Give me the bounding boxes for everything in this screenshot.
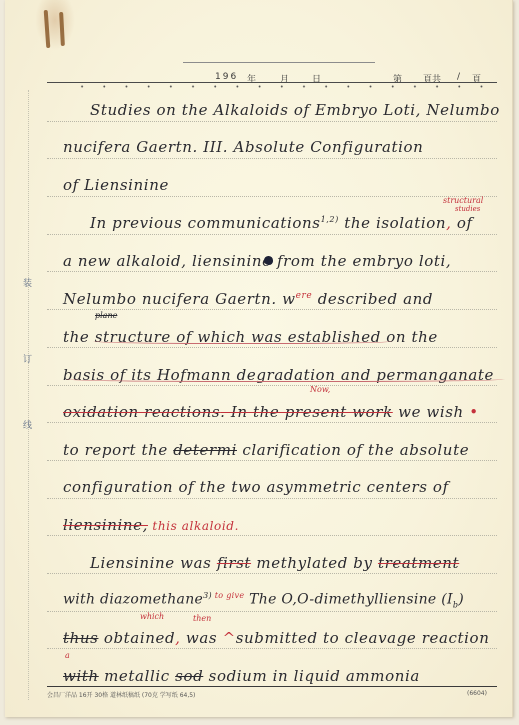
line-text: Nelumbo nucifera Gaertn. w — [63, 290, 296, 308]
body-line-8: configuration of the two asymmetric cent… — [63, 478, 449, 496]
body-line-12: thus obtained, was ^submitted to cleavag… — [63, 629, 489, 647]
footer-form-number: (6604) — [467, 690, 487, 697]
header-ticks — [71, 85, 491, 88]
line-text: oxidation reactions — [63, 403, 220, 421]
margin-note-studies: studies — [455, 205, 480, 213]
struck-text: with — [63, 667, 99, 685]
line-text: submitted to cleavage reaction — [236, 629, 490, 647]
year-prefix: 196 — [215, 72, 238, 82]
ruled-line — [47, 234, 497, 235]
line-text: we wish — [393, 403, 464, 421]
body-line-2: a new alkaloid, liensinine from the embr… — [63, 252, 451, 270]
red-insert-a: a — [65, 651, 70, 660]
line-text: was — [181, 629, 223, 647]
line-text: from the embryo loti, — [272, 252, 452, 270]
struck-text: thus — [63, 629, 98, 647]
line-text: ) — [458, 592, 464, 608]
line-text: metallic — [99, 667, 175, 685]
year-label: 年 — [247, 72, 256, 85]
ruled-line — [47, 309, 497, 310]
month-label: 月 — [280, 72, 289, 85]
struck-text: first — [217, 554, 251, 572]
binding-char-3: 线 — [23, 418, 32, 431]
line-text: methylated by — [251, 554, 378, 572]
red-strike-wave — [93, 337, 393, 344]
body-line-7: to report the determi clarification of t… — [63, 441, 469, 459]
day-label: 日 — [312, 72, 321, 85]
line-text: sodium in liquid ammonia — [203, 667, 420, 685]
citation-superscript: 1,2) — [321, 215, 339, 224]
title-line-3: of Liensinine — [63, 176, 169, 194]
line-text: described and — [312, 290, 433, 308]
line-text: the isolation — [339, 214, 446, 232]
ruled-line — [47, 385, 497, 386]
rust-stain — [35, 0, 75, 50]
ruled-line — [47, 271, 497, 272]
ruled-line — [47, 422, 497, 423]
binding-guide-line — [28, 90, 29, 700]
red-insert: this alkaloid. — [148, 519, 239, 533]
body-line-9: liensinine, this alkaloid. — [63, 516, 239, 534]
binding-char-1: 装 — [23, 276, 32, 289]
footer-rule — [47, 686, 497, 687]
struck-text: sod — [175, 667, 203, 685]
body-line-1: In previous communications1,2) the isola… — [90, 214, 473, 232]
margin-note-structural: structural — [443, 196, 483, 205]
line-text: a new alkaloid, liensinine — [63, 252, 272, 270]
ruled-line — [47, 611, 497, 612]
ruled-line — [47, 535, 497, 536]
red-insert-which: which — [140, 612, 164, 621]
binding-char-2: 订 — [23, 352, 32, 365]
ruled-line — [47, 121, 497, 122]
ruled-line — [47, 573, 497, 574]
struck-text: liensinine, — [63, 516, 148, 534]
page-suffix: 頁 — [472, 72, 481, 85]
ink-blot — [264, 256, 273, 265]
red-insert: ere — [296, 291, 313, 301]
struck-text: . In the present work — [220, 403, 393, 421]
line-text: to report the — [63, 441, 173, 459]
body-line-13: with metallic sod sodium in liquid ammon… — [63, 667, 420, 685]
struck-insertion-plane: plane — [95, 311, 117, 320]
header-short-rule — [183, 62, 375, 63]
citation-superscript: 3) — [203, 591, 212, 600]
ruled-line — [47, 648, 497, 649]
ruled-line — [47, 498, 497, 499]
page-mid: 頁共 — [423, 72, 441, 85]
line-text: configuration of the two asymmetric cent… — [63, 478, 449, 496]
title-line-2: nucifera Gaertn. III. Absolute Configura… — [63, 138, 423, 156]
page-prefix: 第 — [393, 72, 402, 85]
body-line-10: Liensinine was first methylated by treat… — [90, 554, 459, 572]
line-text: obtained — [98, 629, 175, 647]
ruled-line — [47, 460, 497, 461]
line-text: with diazomethane — [63, 592, 203, 608]
line-text: clarification of the absolute — [237, 441, 469, 459]
line-text: of — [452, 214, 473, 232]
page-total: / — [457, 72, 460, 82]
ruled-line — [47, 158, 497, 159]
red-insert-then: then — [193, 614, 211, 623]
line-text: In previous communications — [90, 214, 321, 232]
line-text: Liensinine was — [90, 554, 217, 572]
ruled-line — [47, 347, 497, 348]
page-header: 196 年 月 日 第 頁共 / 頁 — [5, 72, 512, 86]
body-line-11: with diazomethane3) to give The O,O-dime… — [63, 591, 464, 609]
header-rule — [47, 82, 497, 83]
struck-text: treatment — [378, 554, 459, 572]
ruled-line — [47, 196, 497, 197]
body-line-6: oxidation reactions. In the present work… — [63, 403, 479, 421]
red-strike-wave — [65, 375, 505, 382]
line-text: The O,O-dimethylliensine (I — [244, 592, 452, 608]
manuscript-page: 196 年 月 日 第 頁共 / 頁 装 订 线 Studies on the … — [5, 0, 513, 717]
body-line-3: Nelumbo nucifera Gaertn. were described … — [63, 290, 433, 308]
title-line-1: Studies on the Alkaloids of Embryo Loti,… — [90, 101, 500, 119]
footer-printer-info: 会昌厂洋品 16开 30格 道林纸稿纸 (70克 学写纸 64,5) — [47, 690, 195, 699]
struck-text: determi — [173, 441, 237, 459]
red-insert: to give — [212, 591, 244, 600]
red-insert-now: Now, — [310, 385, 330, 394]
